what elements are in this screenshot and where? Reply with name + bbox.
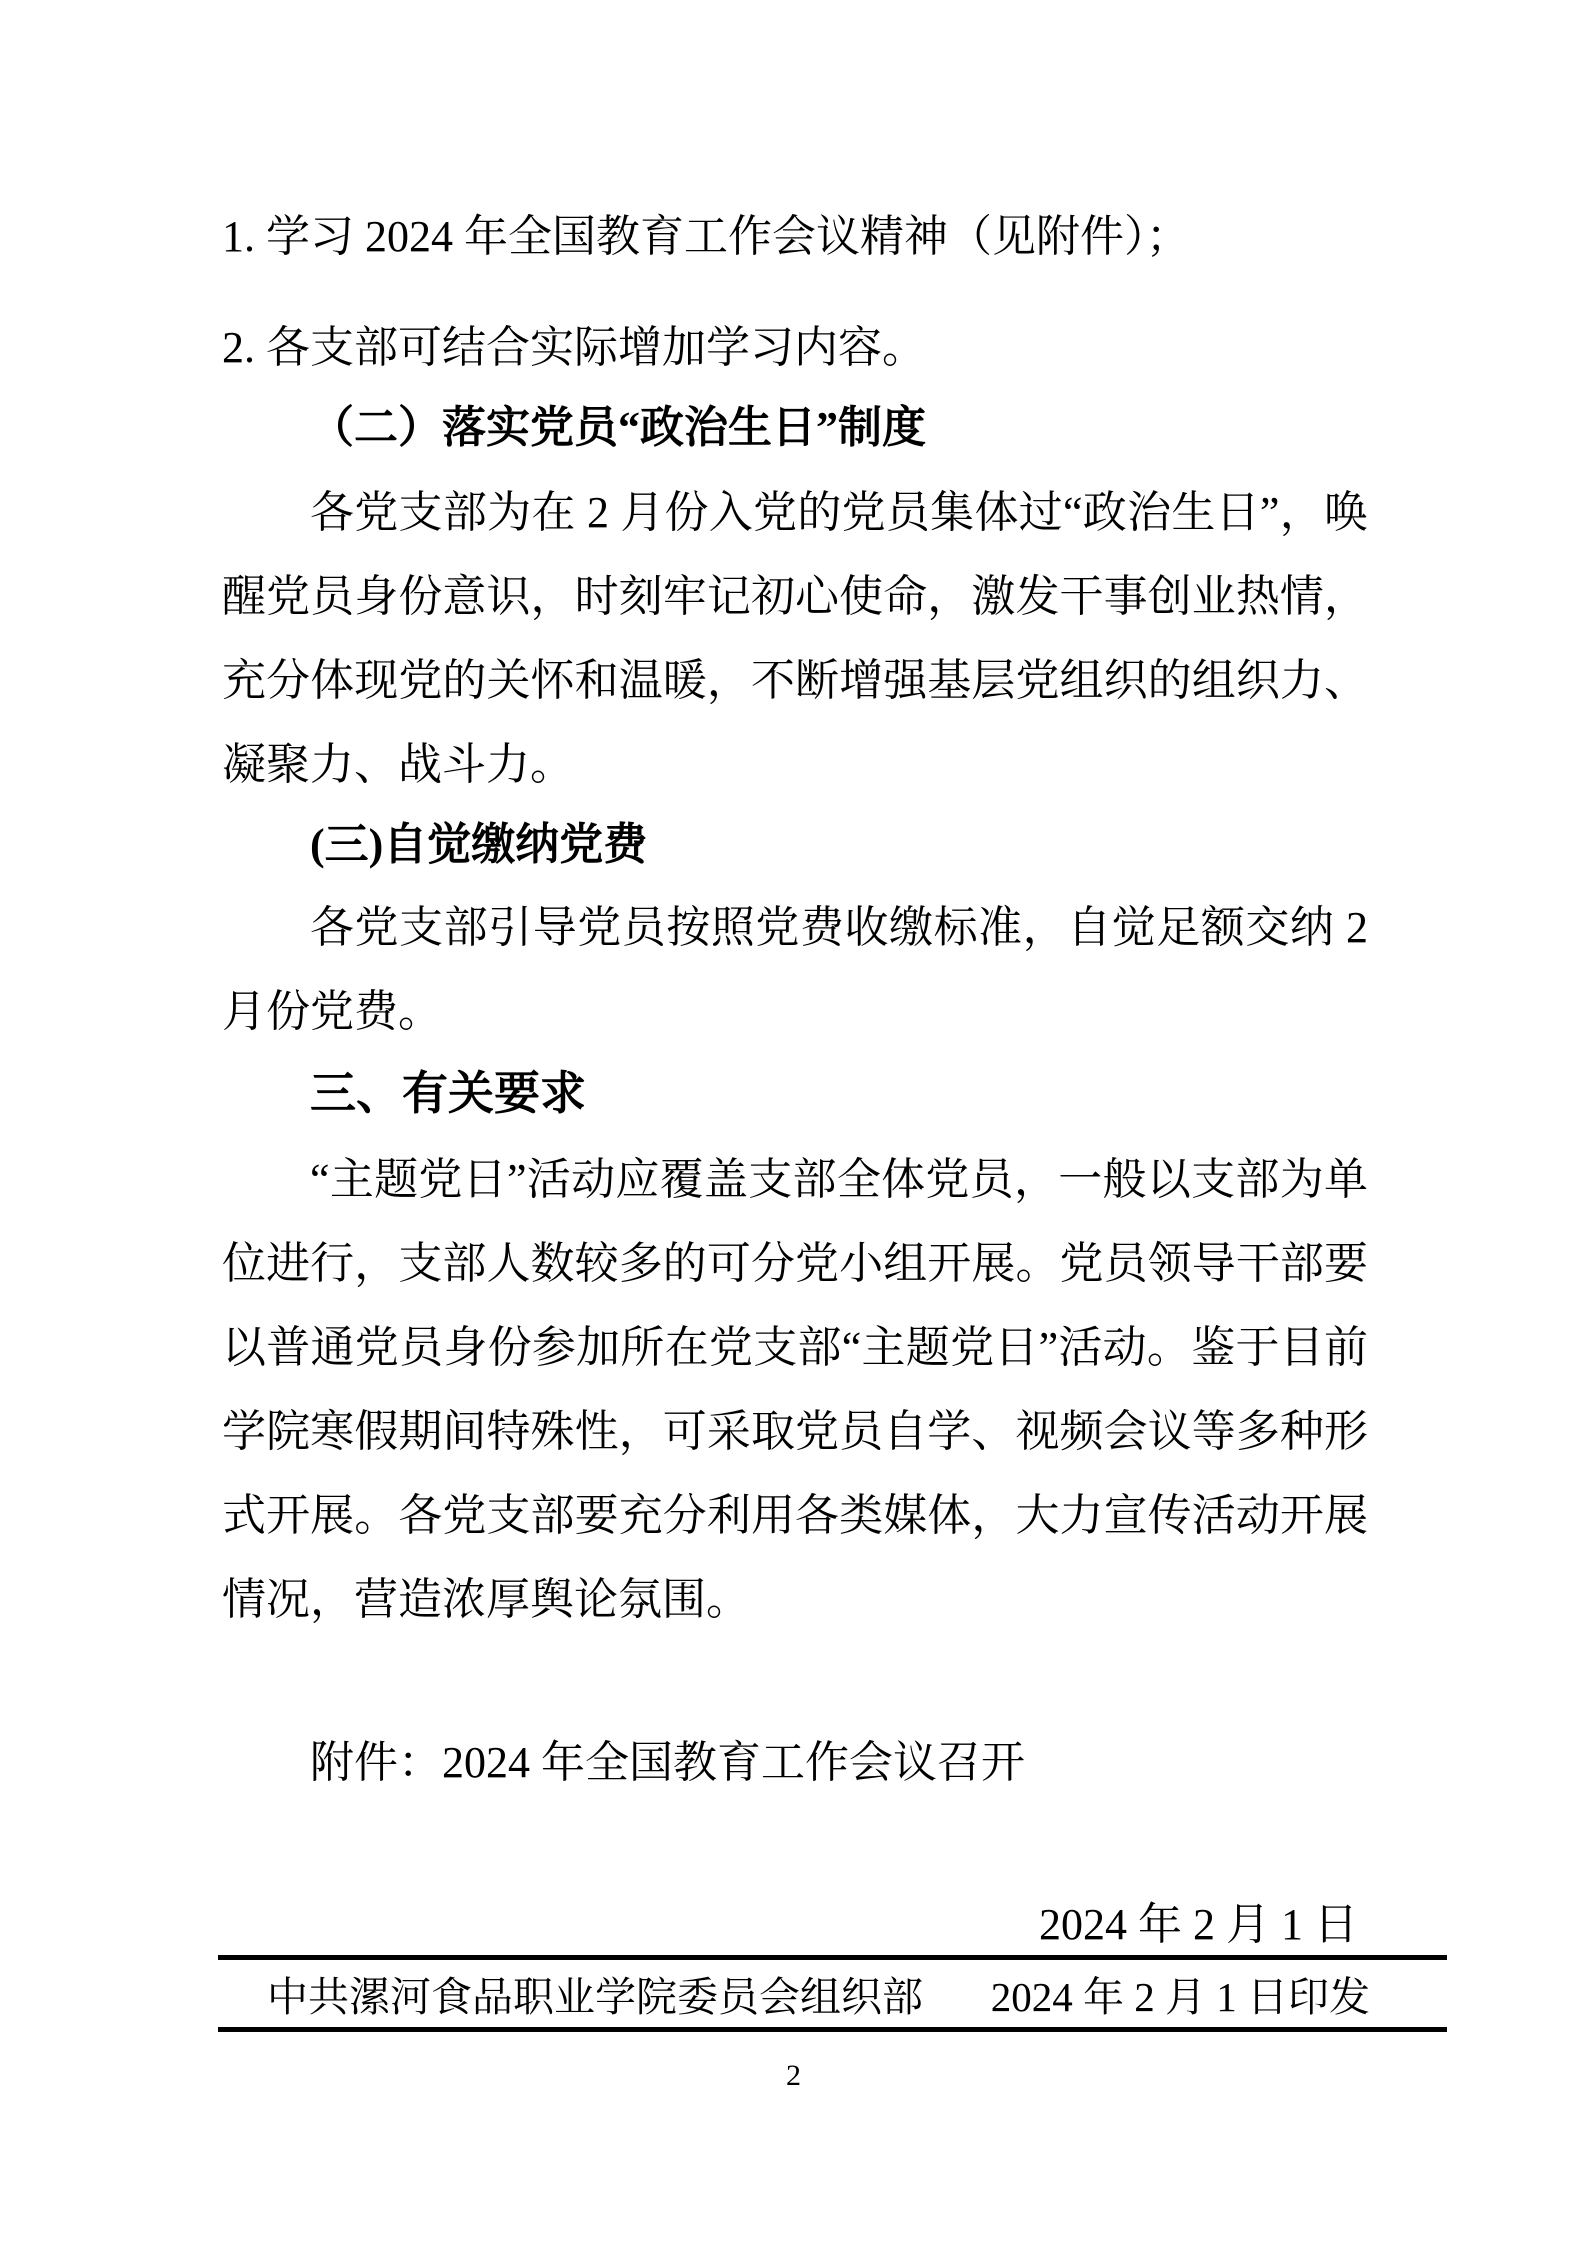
list-item-2: 2. 各支部可结合实际增加学习内容。 <box>222 306 1368 390</box>
footer-print-date: 2024 年 2 月 1 日印发 <box>991 1964 1370 2023</box>
requirements-paragraph: “主题党日”活动应覆盖支部全体党员，一般以支部为单位进行，支部人数较多的可分党小… <box>222 1138 1368 1642</box>
list-item-1: 1. 学习 2024 年全国教育工作会议精神（见附件）； <box>222 195 1368 279</box>
section-2-heading: （二）落实党员“政治生日”制度 <box>222 386 1368 470</box>
attachment-line: 附件：2024 年全国教育工作会议召开 <box>222 1721 1368 1805</box>
requirements-heading: 三、有关要求 <box>222 1051 1368 1135</box>
section-3-paragraph: 各党支部引导党员按照党费收缴标准，自觉足额交纳 2 月份党费。 <box>222 886 1368 1054</box>
footer-issuer: 中共漯河食品职业学院委员会组织部 <box>267 1964 923 2023</box>
section-2-paragraph: 各党支部为在 2 月份入党的党员集体过“政治生日”，唤醒党员身份意识，时刻牢记初… <box>222 471 1368 807</box>
footer-bottom-rule <box>218 2027 1447 2032</box>
footer-row: 中共漯河食品职业学院委员会组织部 2024 年 2 月 1 日印发 <box>218 1960 1447 2027</box>
section-3-heading: (三)自觉缴纳党费 <box>222 803 1368 887</box>
page-number: 2 <box>0 2056 1587 2096</box>
document-page: 1. 学习 2024 年全国教育工作会议精神（见附件）； 2. 各支部可结合实际… <box>0 0 1587 2245</box>
